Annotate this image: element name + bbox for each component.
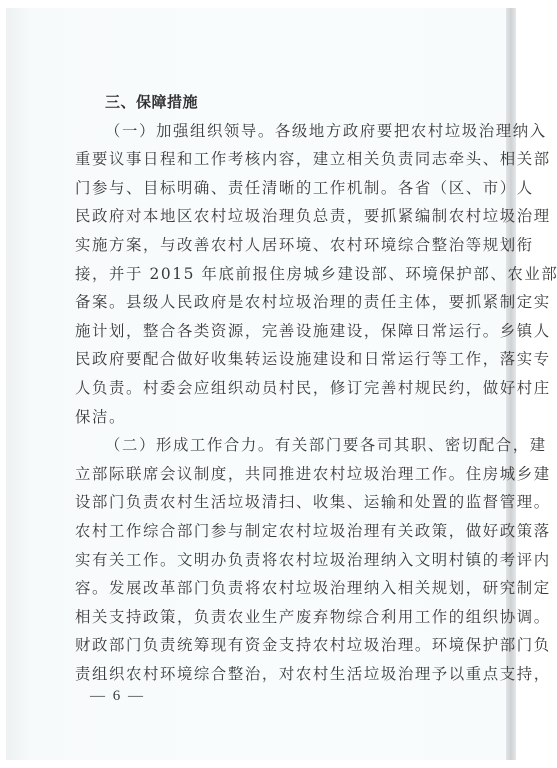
text-line: 施计划，整合各类资源，完善设施建设，保障日常运行。乡镇人 (75, 317, 485, 346)
text-line: 接，并于 2015 年底前报住房城乡建设部、环境保护部、农业部 (75, 260, 485, 289)
text-line: 立部际联席会议制度，共同推进农村垃圾治理工作。住房城乡建 (75, 460, 485, 489)
text-line: 实有关工作。文明办负责将农村垃圾治理纳入文明村镇的考评内 (75, 546, 485, 575)
text-line: 相关支持政策，负责农业生产废弃物综合利用工作的组织协调。 (75, 603, 485, 632)
text-line: 门参与、目标明确、责任清晰的工作机制。各省（区、市）人 (75, 174, 485, 203)
text-line: （二）形成工作合力。有关部门要各司其职、密切配合，建 (75, 431, 485, 460)
text-line: 实施方案，与改善农村人居环境、农村环境综合整治等规划衔 (75, 231, 485, 260)
text-line: 责组织农村环境综合整治，对农村生活垃圾治理予以重点支持， (75, 660, 485, 689)
paragraph-joint-effort: （二）形成工作合力。有关部门要各司其职、密切配合，建 立部际联席会议制度，共同推… (75, 431, 485, 688)
text-line: 农村工作综合部门参与制定农村垃圾治理有关政策，做好政策落 (75, 517, 485, 546)
text-line: （一）加强组织领导。各级地方政府要把农村垃圾治理纳入 (75, 117, 485, 146)
section-heading: 三、保障措施 (105, 88, 485, 117)
document-body: 三、保障措施 （一）加强组织领导。各级地方政府要把农村垃圾治理纳入 重要议事日程… (75, 88, 485, 688)
text-line: 财政部门负责统筹现有资金支持农村垃圾治理。环境保护部门负 (75, 631, 485, 660)
text-line: 民政府要配合做好收集转运设施建设和日常运行等工作，落实专 (75, 345, 485, 374)
page-number: — 6 — (90, 688, 145, 705)
text-line: 容。发展改革部门负责将农村垃圾治理纳入相关规划，研究制定 (75, 574, 485, 603)
text-line: 保洁。 (75, 403, 485, 432)
text-line: 设部门负责农村生活垃圾清扫、收集、运输和处置的监督管理。 (75, 488, 485, 517)
text-line: 民政府对本地区农村垃圾治理负总责，要抓紧编制农村垃圾治理 (75, 202, 485, 231)
text-line: 备案。县级人民政府是农村垃圾治理的责任主体，要抓紧制定实 (75, 288, 485, 317)
text-line: 重要议事日程和工作考核内容，建立相关负责同志牵头、相关部 (75, 145, 485, 174)
text-line: 人负责。村委会应组织动员村民，修订完善村规民约，做好村庄 (75, 374, 485, 403)
paragraph-organization-leadership: （一）加强组织领导。各级地方政府要把农村垃圾治理纳入 重要议事日程和工作考核内容… (75, 117, 485, 432)
